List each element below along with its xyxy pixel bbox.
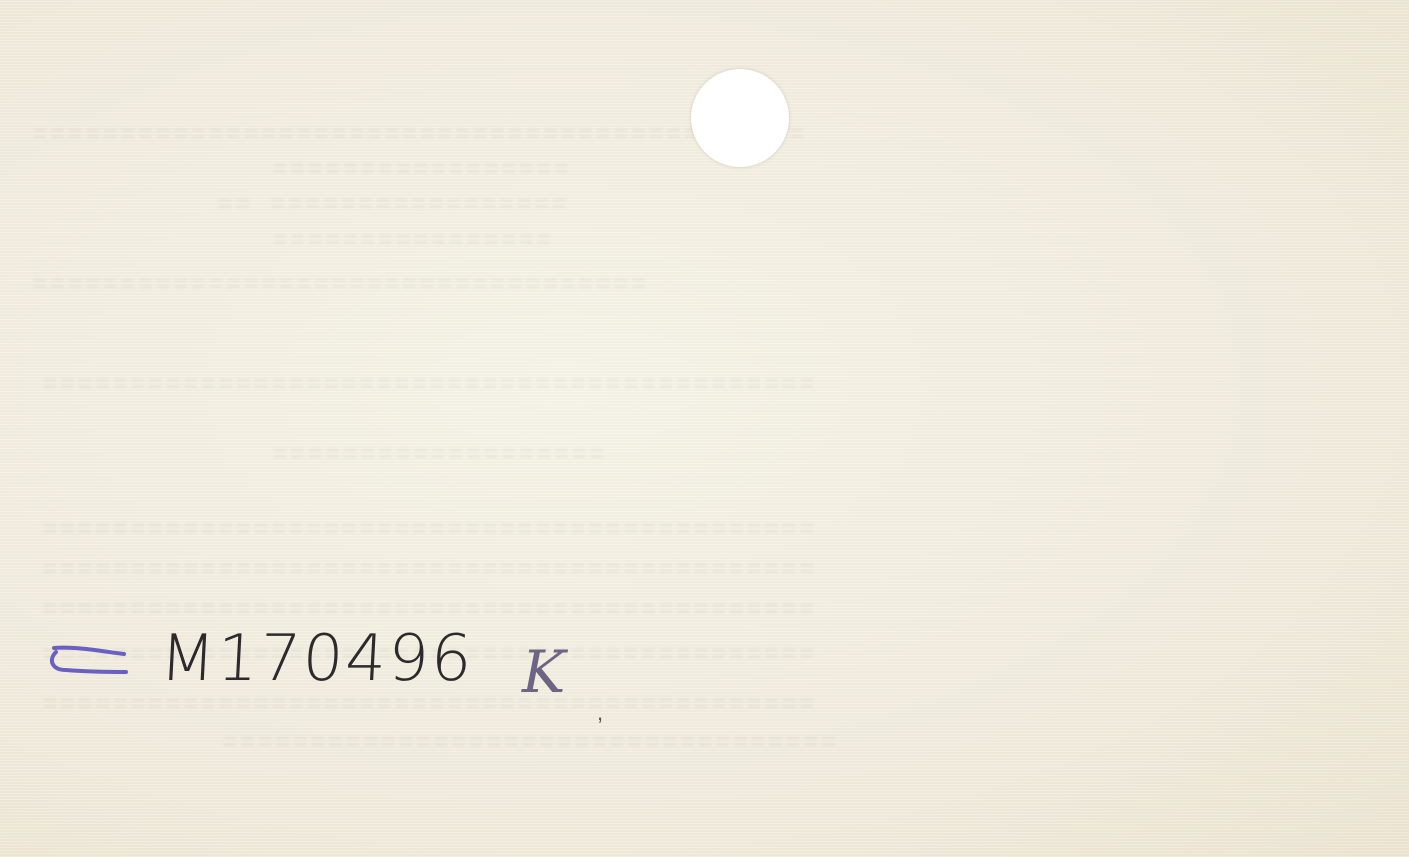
bleed-line: ================ [270, 226, 552, 256]
bleed-line: ================= [270, 155, 569, 185]
bleed-line: =================== [270, 440, 604, 470]
bleed-line: =================================== [220, 728, 836, 758]
bleed-line: ========================================… [40, 595, 815, 625]
bleed-line: ========================================… [40, 515, 815, 545]
bleed-line: =================================== [30, 270, 646, 300]
bleed-line: ================= == [215, 190, 567, 220]
prefix-mark-icon [46, 642, 128, 678]
trailing-mark: , [597, 700, 603, 726]
handwritten-suffix: K [522, 638, 565, 706]
bleed-line: ========================================… [30, 120, 805, 150]
catalog-card: ========================================… [0, 0, 1409, 857]
handwritten-call-number: M170496 [158, 622, 475, 696]
bleed-line: ========================================… [40, 370, 815, 400]
bleed-line: ========================================… [40, 555, 815, 585]
punch-hole [691, 69, 789, 167]
